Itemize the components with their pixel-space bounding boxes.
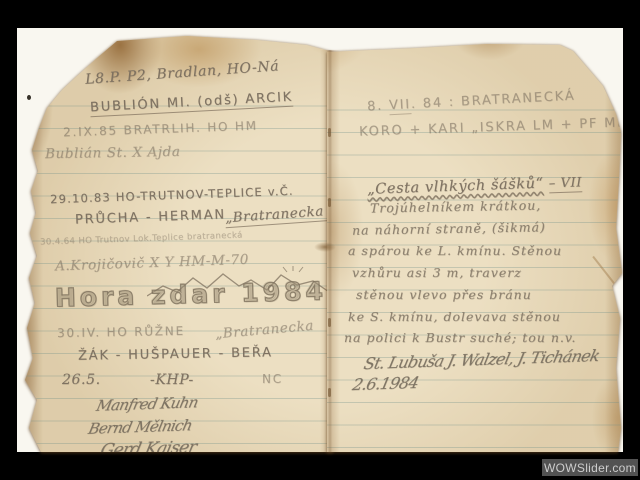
watermark-label: WOWSlider.com	[544, 461, 636, 475]
route-description-line: a spárou ke L. kmínu. Stěnou	[348, 243, 562, 258]
route-description-line: ke S. kmínu, dolevava stěnou	[348, 309, 561, 324]
spine-stitch	[328, 128, 331, 137]
grade-roman: VII	[389, 97, 412, 115]
watermark-link[interactable]: WOWSlider.com	[542, 459, 638, 476]
photo-frame: L8.P. P2, Bradlan, HO-Ná BUBLIÓN MI. (od…	[17, 28, 623, 452]
spine-stitch	[328, 198, 331, 207]
route-description-line: na polici k Bustr suché; tou n.v.	[344, 330, 576, 345]
right-date-line: 2.6.1984	[351, 373, 420, 394]
route-description-line: vzhůru asi 3 m, traverz	[352, 265, 522, 280]
book-spine	[320, 50, 340, 452]
date-prefix: 8.	[367, 98, 390, 114]
slider-stage: L8.P. P2, Bradlan, HO-Ná BUBLIÓN MI. (od…	[0, 0, 640, 480]
spine-stitch	[328, 318, 331, 327]
route-description-line: Trojúhelníkem krátkou,	[370, 198, 541, 216]
route-grade: – VII	[548, 175, 582, 193]
spine-knot	[314, 242, 336, 252]
spine-stitch	[328, 388, 331, 397]
route-description-line: stěnou vlevo přes bránu	[356, 287, 532, 302]
